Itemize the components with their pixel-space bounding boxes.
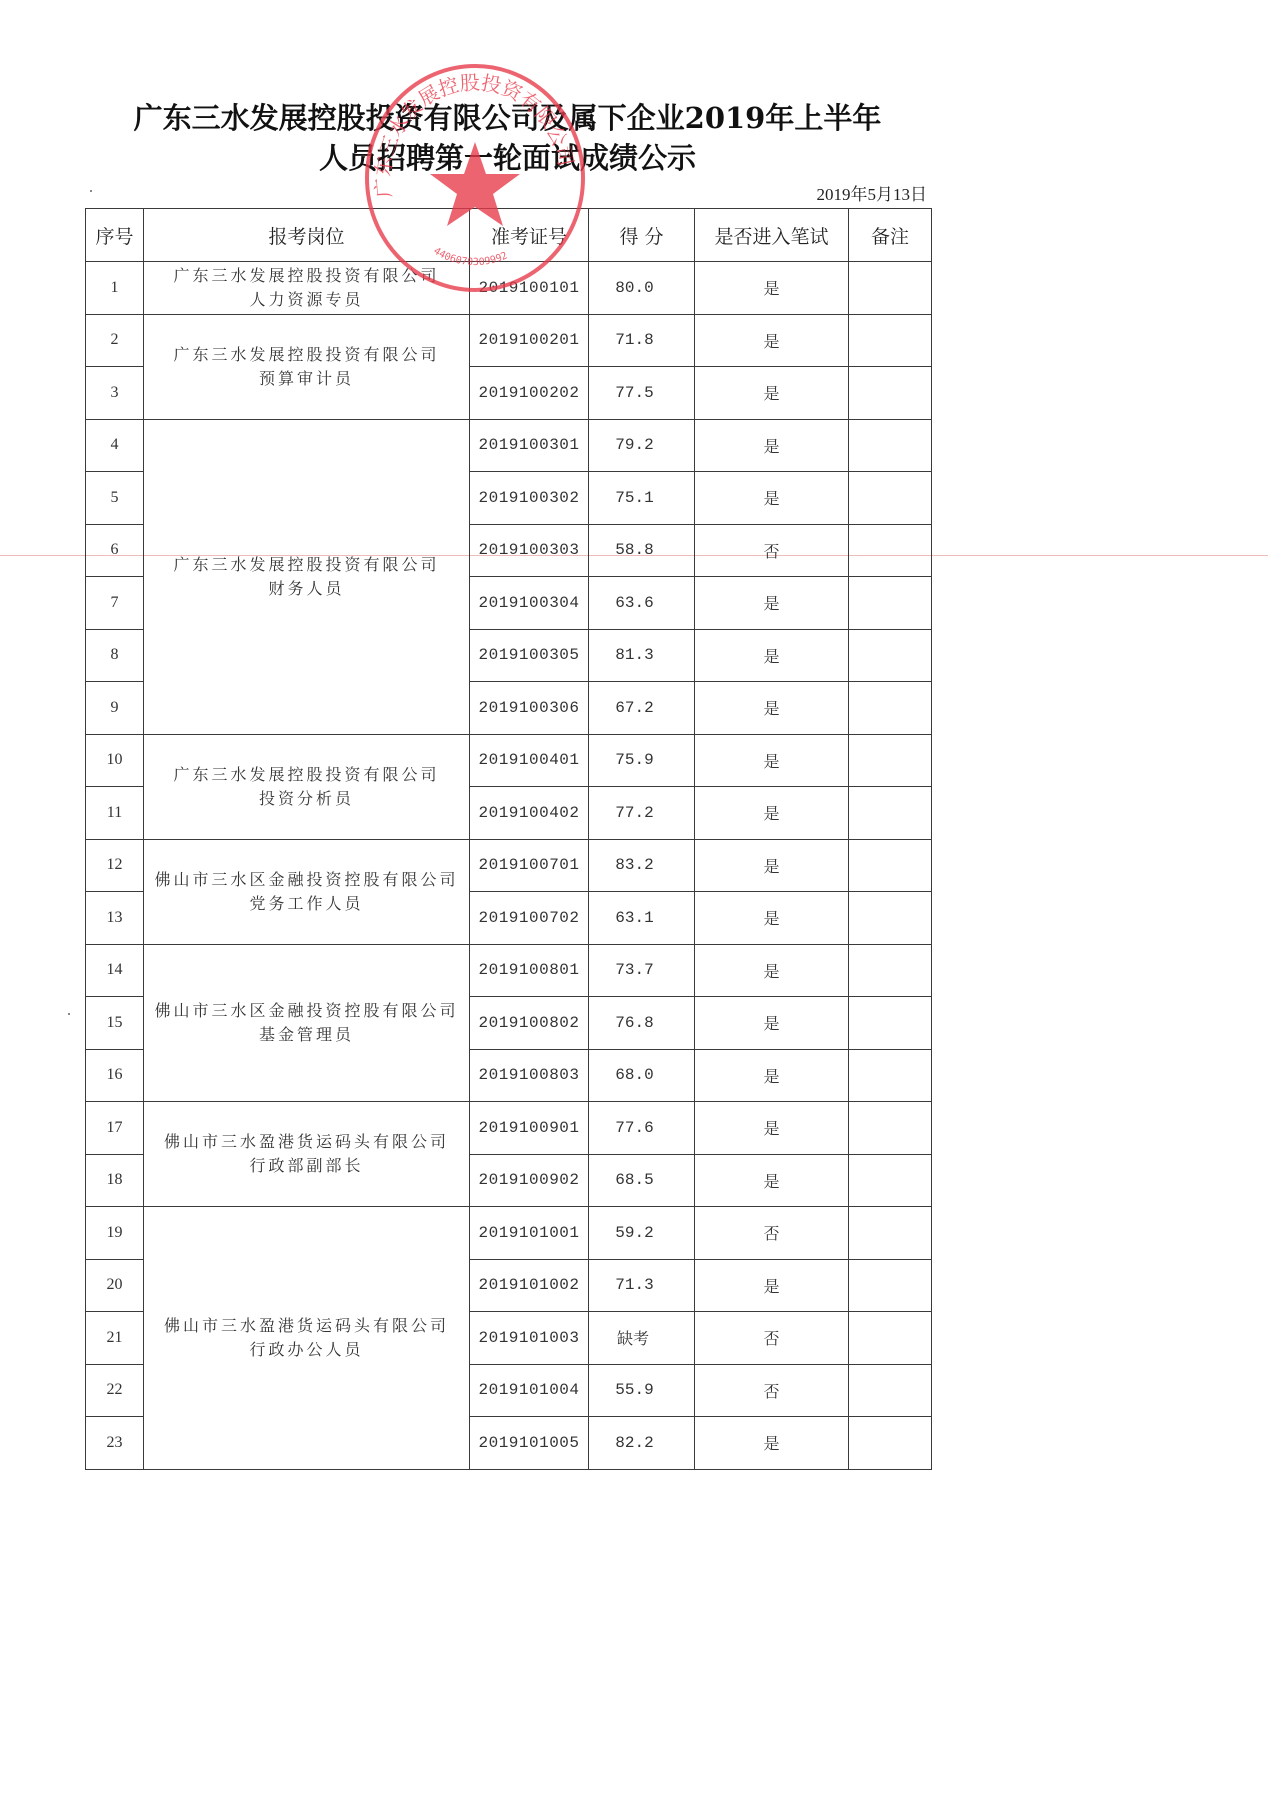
table-body: 1广东三水发展控股投资有限公司人力资源专员201910010180.0是2广东三…: [86, 262, 932, 1470]
advance-to-written-cell: 否: [695, 524, 849, 577]
score-cell: 68.5: [589, 1154, 695, 1207]
score-cell: 63.6: [589, 577, 695, 630]
seq-cell: 6: [86, 524, 144, 577]
advance-to-written-cell: 是: [695, 997, 849, 1050]
results-table: 序号 报考岗位 准考证号 得 分 是否进入笔试 备注 1广东三水发展控股投资有限…: [85, 208, 932, 1470]
score-cell: 75.9: [589, 734, 695, 787]
header-score: 得 分: [589, 209, 695, 262]
advance-to-written-cell: 是: [695, 1102, 849, 1155]
scan-speck: [90, 190, 92, 192]
seq-cell: 17: [86, 1102, 144, 1155]
note-cell: [849, 1417, 932, 1470]
advance-to-written-cell: 是: [695, 419, 849, 472]
table-row: 1广东三水发展控股投资有限公司人力资源专员201910010180.0是: [86, 262, 932, 315]
ticket-number-cell: 2019101002: [470, 1259, 589, 1312]
position-company: 佛山市三水盈港货运码头有限公司: [144, 1314, 469, 1338]
seq-cell: 4: [86, 419, 144, 472]
header-position: 报考岗位: [144, 209, 470, 262]
ticket-number-cell: 2019100202: [470, 367, 589, 420]
seq-cell: 10: [86, 734, 144, 787]
position-title: 人力资源专员: [144, 288, 469, 312]
position-company: 广东三水发展控股投资有限公司: [144, 763, 469, 787]
position-title: 基金管理员: [144, 1023, 469, 1047]
note-cell: [849, 997, 932, 1050]
score-cell: 82.2: [589, 1417, 695, 1470]
ticket-number-cell: 2019100101: [470, 262, 589, 315]
position-company: 佛山市三水区金融投资控股有限公司: [144, 999, 469, 1023]
advance-to-written-cell: 是: [695, 734, 849, 787]
position-title: 党务工作人员: [144, 892, 469, 916]
table-row: 2广东三水发展控股投资有限公司预算审计员201910020171.8是: [86, 314, 932, 367]
ticket-number-cell: 2019100902: [470, 1154, 589, 1207]
score-cell: 63.1: [589, 892, 695, 945]
ticket-number-cell: 2019100801: [470, 944, 589, 997]
ticket-number-cell: 2019100304: [470, 577, 589, 630]
score-cell: 75.1: [589, 472, 695, 525]
seq-cell: 8: [86, 629, 144, 682]
seq-cell: 5: [86, 472, 144, 525]
advance-to-written-cell: 是: [695, 839, 849, 892]
note-cell: [849, 787, 932, 840]
advance-to-written-cell: 否: [695, 1207, 849, 1260]
score-cell: 71.3: [589, 1259, 695, 1312]
table-row: 4广东三水发展控股投资有限公司财务人员201910030179.2是: [86, 419, 932, 472]
advance-to-written-cell: 是: [695, 1417, 849, 1470]
position-company: 广东三水发展控股投资有限公司: [144, 343, 469, 367]
ticket-number-cell: 2019100701: [470, 839, 589, 892]
header-note: 备注: [849, 209, 932, 262]
seq-cell: 20: [86, 1259, 144, 1312]
ticket-number-cell: 2019101001: [470, 1207, 589, 1260]
position-cell: 佛山市三水区金融投资控股有限公司党务工作人员: [144, 839, 470, 944]
advance-to-written-cell: 是: [695, 787, 849, 840]
score-cell: 83.2: [589, 839, 695, 892]
ticket-number-cell: 2019100301: [470, 419, 589, 472]
note-cell: [849, 1259, 932, 1312]
publication-date: 2019年5月13日: [817, 180, 928, 205]
position-title: 财务人员: [144, 577, 469, 601]
header-ticket: 准考证号: [470, 209, 589, 262]
score-cell: 81.3: [589, 629, 695, 682]
header-seq: 序号: [86, 209, 144, 262]
score-cell: 58.8: [589, 524, 695, 577]
seq-cell: 22: [86, 1364, 144, 1417]
score-cell: 77.5: [589, 367, 695, 420]
advance-to-written-cell: 是: [695, 1154, 849, 1207]
advance-to-written-cell: 是: [695, 682, 849, 735]
note-cell: [849, 577, 932, 630]
advance-to-written-cell: 是: [695, 629, 849, 682]
seq-cell: 23: [86, 1417, 144, 1470]
table-row: 17佛山市三水盈港货运码头有限公司行政部副部长201910090177.6是: [86, 1102, 932, 1155]
ticket-number-cell: 2019100201: [470, 314, 589, 367]
advance-to-written-cell: 是: [695, 1049, 849, 1102]
ticket-number-cell: 2019100302: [470, 472, 589, 525]
note-cell: [849, 314, 932, 367]
seq-cell: 21: [86, 1312, 144, 1365]
note-cell: [849, 1154, 932, 1207]
seq-cell: 7: [86, 577, 144, 630]
note-cell: [849, 734, 932, 787]
header-pass: 是否进入笔试: [695, 209, 849, 262]
seq-cell: 9: [86, 682, 144, 735]
ticket-number-cell: 2019100901: [470, 1102, 589, 1155]
ticket-number-cell: 2019100305: [470, 629, 589, 682]
advance-to-written-cell: 是: [695, 472, 849, 525]
advance-to-written-cell: 是: [695, 577, 849, 630]
position-cell: 佛山市三水区金融投资控股有限公司基金管理员: [144, 944, 470, 1102]
score-cell: 55.9: [589, 1364, 695, 1417]
score-cell: 77.2: [589, 787, 695, 840]
advance-to-written-cell: 是: [695, 367, 849, 420]
note-cell: [849, 472, 932, 525]
document-title-line1: 广东三水发展控股投资有限公司及属下企业2019年上半年: [0, 96, 1015, 137]
seq-cell: 15: [86, 997, 144, 1050]
note-cell: [849, 1102, 932, 1155]
note-cell: [849, 944, 932, 997]
seq-cell: 12: [86, 839, 144, 892]
score-cell: 59.2: [589, 1207, 695, 1260]
position-title: 投资分析员: [144, 787, 469, 811]
note-cell: [849, 1049, 932, 1102]
position-company: 广东三水发展控股投资有限公司: [144, 553, 469, 577]
advance-to-written-cell: 是: [695, 944, 849, 997]
position-company: 佛山市三水区金融投资控股有限公司: [144, 868, 469, 892]
position-cell: 佛山市三水盈港货运码头有限公司行政部副部长: [144, 1102, 470, 1207]
ticket-number-cell: 2019100802: [470, 997, 589, 1050]
note-cell: [849, 1312, 932, 1365]
seq-cell: 2: [86, 314, 144, 367]
note-cell: [849, 682, 932, 735]
note-cell: [849, 262, 932, 315]
position-cell: 佛山市三水盈港货运码头有限公司行政办公人员: [144, 1207, 470, 1470]
seq-cell: 11: [86, 787, 144, 840]
seq-cell: 19: [86, 1207, 144, 1260]
ticket-number-cell: 2019100303: [470, 524, 589, 577]
score-cell: 80.0: [589, 262, 695, 315]
seq-cell: 14: [86, 944, 144, 997]
table-row: 14佛山市三水区金融投资控股有限公司基金管理员201910080173.7是: [86, 944, 932, 997]
ticket-number-cell: 2019100702: [470, 892, 589, 945]
table-row: 10广东三水发展控股投资有限公司投资分析员201910040175.9是: [86, 734, 932, 787]
ticket-number-cell: 2019100402: [470, 787, 589, 840]
position-title: 行政部副部长: [144, 1154, 469, 1178]
position-cell: 广东三水发展控股投资有限公司财务人员: [144, 419, 470, 734]
seq-cell: 16: [86, 1049, 144, 1102]
position-company: 佛山市三水盈港货运码头有限公司: [144, 1130, 469, 1154]
position-title: 预算审计员: [144, 367, 469, 391]
table-row: 19佛山市三水盈港货运码头有限公司行政办公人员201910100159.2否: [86, 1207, 932, 1260]
score-cell: 68.0: [589, 1049, 695, 1102]
score-cell: 71.8: [589, 314, 695, 367]
advance-to-written-cell: 是: [695, 262, 849, 315]
score-cell: 73.7: [589, 944, 695, 997]
note-cell: [849, 524, 932, 577]
scan-speck: [68, 1013, 70, 1015]
note-cell: [849, 839, 932, 892]
advance-to-written-cell: 是: [695, 892, 849, 945]
ticket-number-cell: 2019100306: [470, 682, 589, 735]
advance-to-written-cell: 是: [695, 1259, 849, 1312]
advance-to-written-cell: 否: [695, 1364, 849, 1417]
seq-cell: 1: [86, 262, 144, 315]
ticket-number-cell: 2019101004: [470, 1364, 589, 1417]
position-cell: 广东三水发展控股投资有限公司投资分析员: [144, 734, 470, 839]
seq-cell: 13: [86, 892, 144, 945]
note-cell: [849, 419, 932, 472]
score-cell: 67.2: [589, 682, 695, 735]
ticket-number-cell: 2019100803: [470, 1049, 589, 1102]
score-cell: 77.6: [589, 1102, 695, 1155]
position-cell: 广东三水发展控股投资有限公司预算审计员: [144, 314, 470, 419]
note-cell: [849, 892, 932, 945]
note-cell: [849, 1364, 932, 1417]
note-cell: [849, 629, 932, 682]
advance-to-written-cell: 是: [695, 314, 849, 367]
position-title: 行政办公人员: [144, 1338, 469, 1362]
table-header-row: 序号 报考岗位 准考证号 得 分 是否进入笔试 备注: [86, 209, 932, 262]
advance-to-written-cell: 否: [695, 1312, 849, 1365]
position-cell: 广东三水发展控股投资有限公司人力资源专员: [144, 262, 470, 315]
position-company: 广东三水发展控股投资有限公司: [144, 264, 469, 288]
score-cell: 76.8: [589, 997, 695, 1050]
seq-cell: 3: [86, 367, 144, 420]
table-row: 12佛山市三水区金融投资控股有限公司党务工作人员201910070183.2是: [86, 839, 932, 892]
score-cell: 缺考: [589, 1312, 695, 1365]
ticket-number-cell: 2019100401: [470, 734, 589, 787]
ticket-number-cell: 2019101003: [470, 1312, 589, 1365]
seq-cell: 18: [86, 1154, 144, 1207]
document-title-line2: 人员招聘第一轮面试成绩公示: [0, 136, 1015, 177]
note-cell: [849, 1207, 932, 1260]
score-cell: 79.2: [589, 419, 695, 472]
ticket-number-cell: 2019101005: [470, 1417, 589, 1470]
note-cell: [849, 367, 932, 420]
